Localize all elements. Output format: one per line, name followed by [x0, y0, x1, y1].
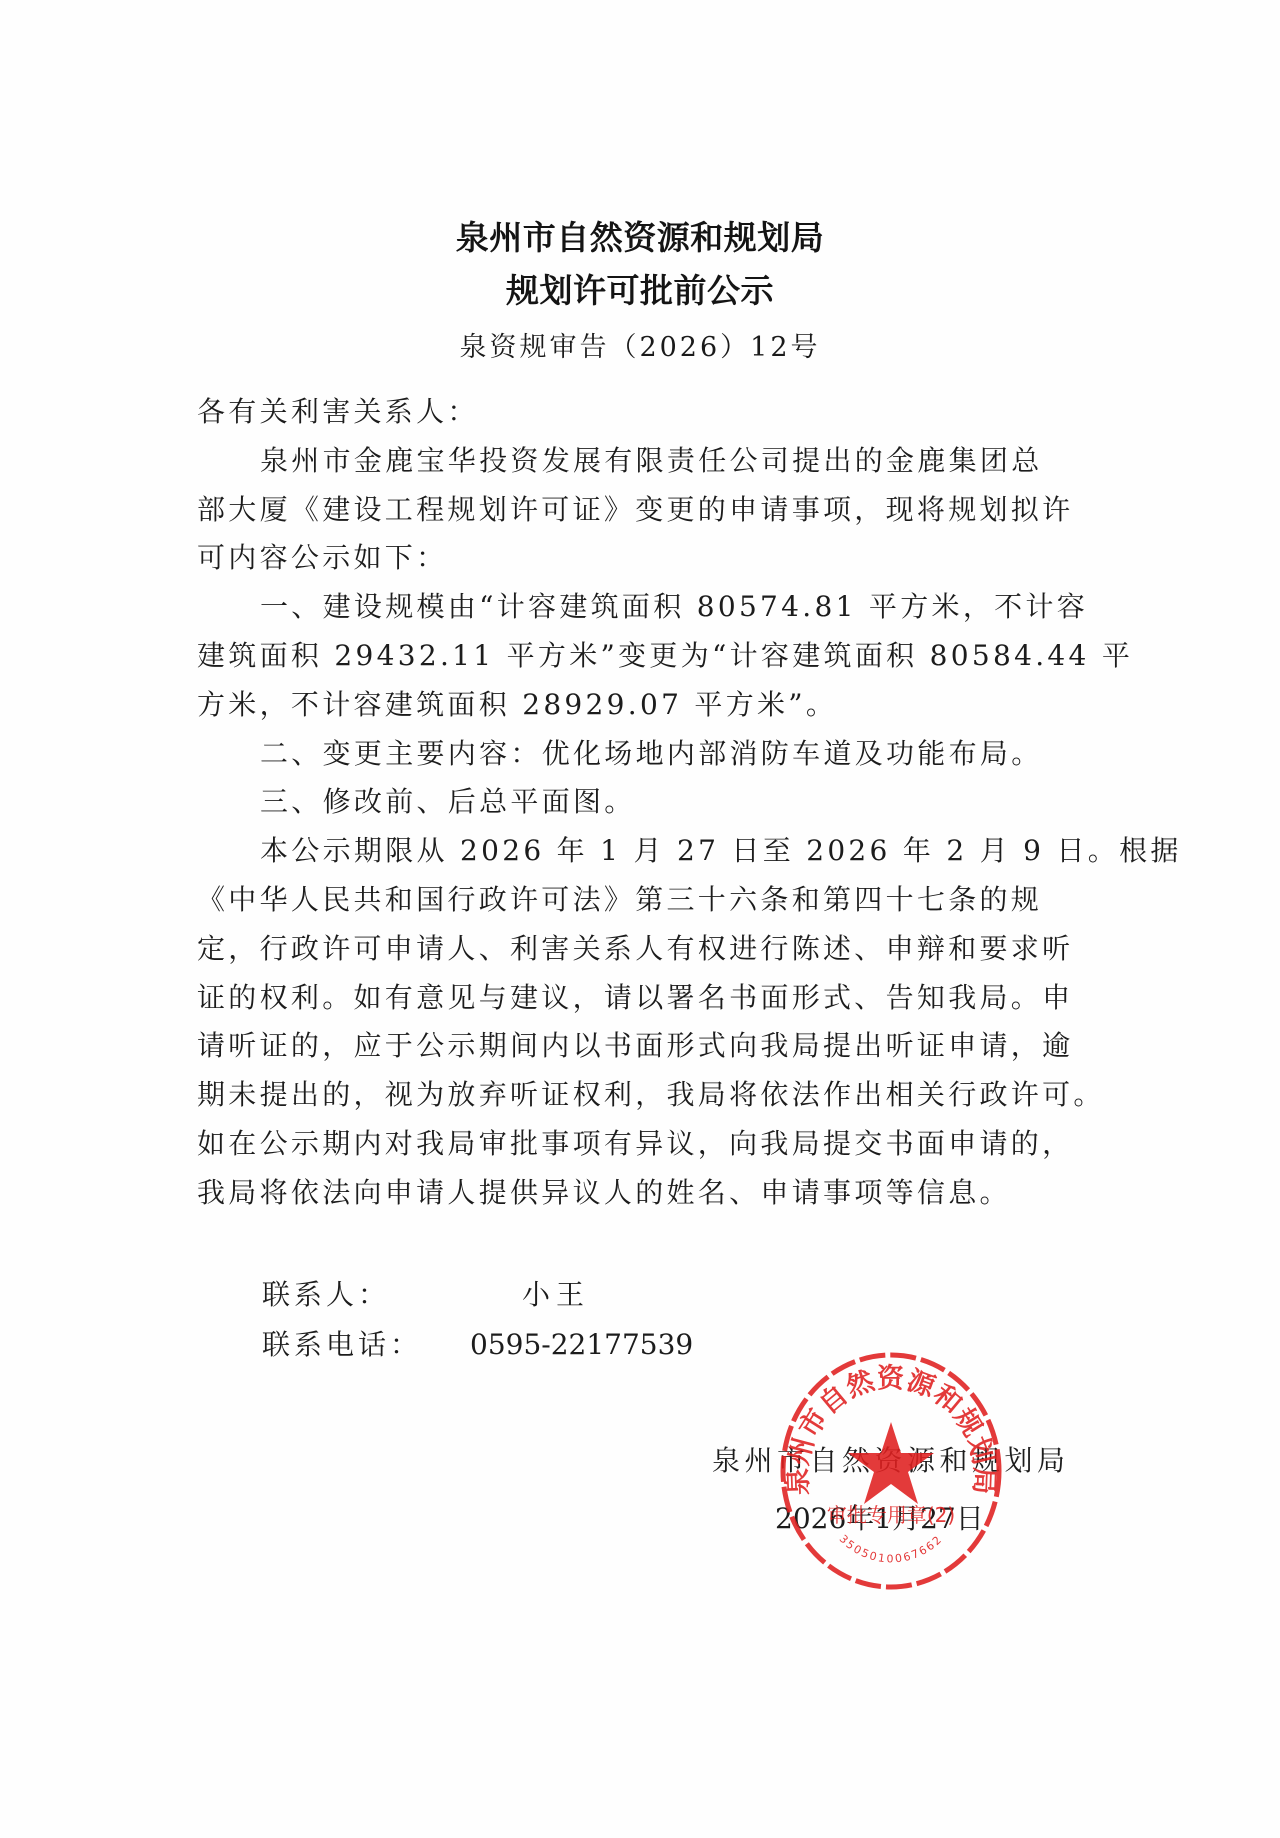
body-line: 证的权利。如有意见与建议，请以署名书面形式、告知我局。申 [197, 974, 1087, 1023]
body-line: 建筑面积 29432.11 平方米”变更为“计容建筑面积 80584.44 平 [197, 632, 1087, 681]
seal-center-text: 审批专用章(2) [827, 1503, 955, 1527]
notice-body: 各有关利害关系人： 泉州市金鹿宝华投资发展有限责任公司提出的金鹿集团总部大厦《建… [197, 388, 1087, 1218]
official-seal-icon: 泉州市自然资源和规划局 审批专用章(2) 3505010067662 [777, 1350, 1005, 1592]
contact-person-value: 小王 [522, 1275, 590, 1315]
body-line: 二、变更主要内容：优化场地内部消防车道及功能布局。 [197, 730, 1087, 779]
body-line: 请听证的，应于公示期间内以书面形式向我局提出听证申请，逾 [197, 1022, 1087, 1071]
body-line: 一、建设规模由“计容建筑面积 80574.81 平方米，不计容 [197, 583, 1087, 632]
body-line: 三、修改前、后总平面图。 [197, 778, 1087, 827]
body-line: 方米，不计容建筑面积 28929.07 平方米”。 [197, 681, 1087, 730]
contact-phone-value: 0595-22177539 [470, 1325, 693, 1365]
body-line: 期未提出的，视为放弃听证权利，我局将依法作出相关行政许可。 [197, 1071, 1087, 1120]
issuer-title: 泉州市自然资源和规划局 [0, 218, 1280, 258]
body-line: 本公示期限从 2026 年 1 月 27 日至 2026 年 2 月 9 日。根… [197, 827, 1087, 876]
body-paragraphs: 泉州市金鹿宝华投资发展有限责任公司提出的金鹿集团总部大厦《建设工程规划许可证》变… [197, 437, 1087, 1218]
contact-phone-label: 联系电话： [262, 1325, 422, 1365]
body-line: 定，行政许可申请人、利害关系人有权进行陈述、申辩和要求听 [197, 925, 1087, 974]
body-line: 部大厦《建设工程规划许可证》变更的申请事项，现将规划拟许 [197, 486, 1087, 535]
body-line: 如在公示期内对我局审批事项有异议，向我局提交书面申请的， [197, 1120, 1087, 1169]
document-number: 泉资规审告（2026）12号 [0, 330, 1280, 366]
contact-person-label: 联系人： [262, 1275, 390, 1315]
seal-serial: 3505010067662 [837, 1532, 946, 1565]
body-line: 可内容公示如下： [197, 534, 1087, 583]
svg-text:3505010067662: 3505010067662 [837, 1532, 946, 1565]
body-line: 我局将依法向申请人提供异议人的姓名、申请事项等信息。 [197, 1169, 1087, 1218]
salutation: 各有关利害关系人： [197, 388, 1087, 437]
notice-title: 规划许可批前公示 [0, 271, 1280, 311]
document-page: 泉州市自然资源和规划局 规划许可批前公示 泉资规审告（2026）12号 各有关利… [0, 0, 1280, 1838]
body-line: 《中华人民共和国行政许可法》第三十六条和第四十七条的规 [197, 876, 1087, 925]
body-line: 泉州市金鹿宝华投资发展有限责任公司提出的金鹿集团总 [197, 437, 1087, 486]
